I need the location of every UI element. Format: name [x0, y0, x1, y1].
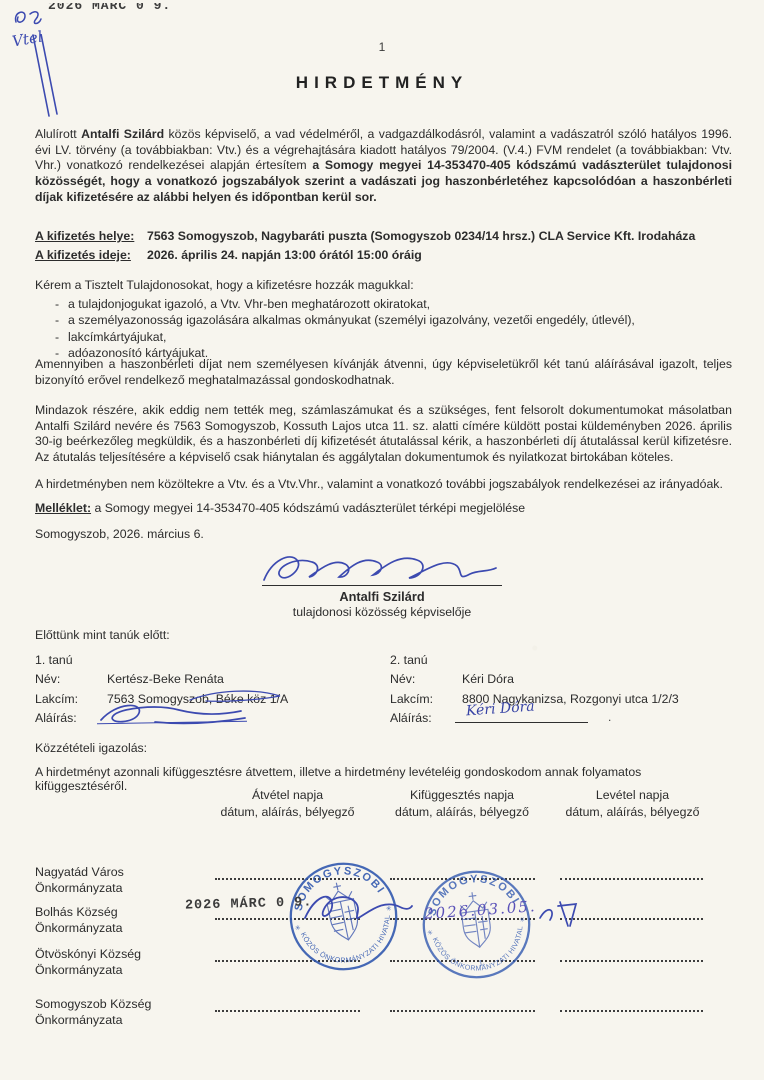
attachment-label: Melléklet: — [35, 501, 91, 515]
witness-2-signature-label: Aláírás: — [390, 709, 462, 728]
col-title: Kifüggesztés napja — [368, 787, 556, 804]
stamp-2-handwritten-flourish — [536, 898, 584, 932]
payment-place-row: A kifizetés helye: 7563 Somogyszob, Nagy… — [35, 227, 732, 246]
stamp-arc-bottom-text: KÖZÖS ÖNKORMÁNYZATI HIVATAL — [431, 924, 531, 978]
col-subtitle: dátum, aláírás, bélyegző — [368, 804, 556, 821]
witness-2-address-label: Lakcím: — [390, 690, 462, 709]
bring-intro: Kérem a Tisztelt Tulajdonosokat, hogy a … — [35, 278, 732, 292]
payment-time-row: A kifizetés ideje: 2026. április 24. nap… — [35, 246, 732, 265]
municipality-row-somogyszob: Somogyszob Község Önkormányzata — [35, 996, 735, 1032]
col-title: Levétel napja — [540, 787, 725, 804]
municipality-name2: Önkormányzata — [35, 1012, 735, 1028]
bring-item: lakcímkártyájukat, — [35, 329, 732, 345]
col-title: Átvétel napja — [195, 787, 380, 804]
witness-2-name: Kéri Dóra — [462, 670, 735, 689]
stamp-star-right: ✳ — [519, 916, 526, 925]
payment-place-label: A kifizetés helye: — [35, 227, 147, 246]
witness-2-signature-dot: . — [608, 710, 611, 724]
signature-antalfi-szilard — [258, 544, 508, 588]
col-subtitle: dátum, aláírás, bélyegző — [195, 804, 380, 821]
publication-col-removal: Levétel napja dátum, aláírás, bélyegző — [540, 787, 725, 820]
law-paragraph: A hirdetményben nem közöltekre a Vtv. és… — [35, 477, 732, 493]
payment-time-value: 2026. április 24. napján 13:00 órától 15… — [147, 246, 732, 265]
dotted-line — [560, 866, 703, 880]
signatory-role: tulajdonosi közösség képviselője — [0, 605, 764, 619]
attachment-line: Melléklet: a Somogy megyei 14-353470-405… — [35, 501, 732, 515]
page-number: 1 — [0, 40, 764, 54]
intro-pre: Alulírott — [35, 127, 81, 141]
payment-info: A kifizetés helye: 7563 Somogyszob, Nagy… — [35, 227, 732, 265]
stamp-1-handwritten-signature — [300, 886, 415, 934]
proxy-paragraph: Amennyiben a haszonbérleti díjat nem sze… — [35, 357, 732, 388]
stamp-number: 1. — [478, 958, 486, 968]
dotted-line — [560, 948, 703, 962]
signatory-name: Antalfi Szilárd — [0, 589, 764, 604]
dotted-line — [560, 998, 703, 1012]
attachment-text: a Somogy megyei 14-353470-405 kódszámú v… — [91, 501, 525, 515]
witness-2-signature-line — [455, 722, 588, 723]
publication-heading: Közzétételi igazolás: — [35, 741, 147, 755]
round-official-stamp-2: SOMOGYSZOBI KÖZÖS ÖNKORMÁNYZATI HIVATAL … — [412, 860, 542, 990]
witness-1-name: Kertész-Beke Renáta — [107, 670, 375, 689]
witness-1-index: 1. tanú — [35, 651, 375, 670]
col-subtitle: dátum, aláírás, bélyegző — [540, 804, 725, 821]
publication-col-posting: Kifüggesztés napja dátum, aláírás, bélye… — [368, 787, 556, 820]
bring-item: a személyazonosság igazolására alkalmas … — [35, 312, 732, 328]
witness-1-name-label: Név: — [35, 670, 107, 689]
bring-list: a tulajdonjogukat igazoló, a Vtv. Vhr-be… — [35, 296, 732, 362]
payment-place-value: 7563 Somogyszob, Nagybaráti puszta (Somo… — [147, 227, 732, 246]
signature-line — [262, 585, 502, 586]
top-date-stamp: 2026 MÁRC 0 9. — [48, 3, 171, 18]
dateline: Somogyszob, 2026. március 6. — [35, 527, 732, 541]
payment-time-label: A kifizetés ideje: — [35, 246, 147, 265]
stamp-star-left: ✳ — [427, 928, 434, 937]
representative-name: Antalfi Szilárd — [81, 127, 164, 141]
dotted-line — [390, 998, 535, 1012]
svg-text:KÖZÖS ÖNKORMÁNYZATI HIVATAL: KÖZÖS ÖNKORMÁNYZATI HIVATAL — [431, 924, 531, 978]
witness-2-name-label: Név: — [390, 670, 462, 689]
witness-2-index: 2. tanú — [390, 651, 735, 670]
transfer-paragraph: Mindazok részére, akik eddig nem tették … — [35, 403, 732, 466]
dotted-line — [215, 998, 360, 1012]
scanned-document: 2026 MÁRC 0 9. Vtel 1 HIRDETMÉNY Alulíro… — [0, 0, 764, 1080]
publication-col-receipt: Átvétel napja dátum, aláírás, bélyegző — [195, 787, 380, 820]
bring-item: a tulajdonjogukat igazoló, a Vtv. Vhr-be… — [35, 296, 732, 312]
intro-paragraph: Alulírott Antalfi Szilárd közös képvisel… — [35, 127, 732, 206]
witnesses-heading: Előttünk mint tanúk előtt: — [35, 628, 170, 642]
witness-2-block: 2. tanú Név: Kéri Dóra Lakcím: 8800 Nagy… — [390, 651, 735, 728]
document-title: HIRDETMÉNY — [0, 73, 764, 93]
